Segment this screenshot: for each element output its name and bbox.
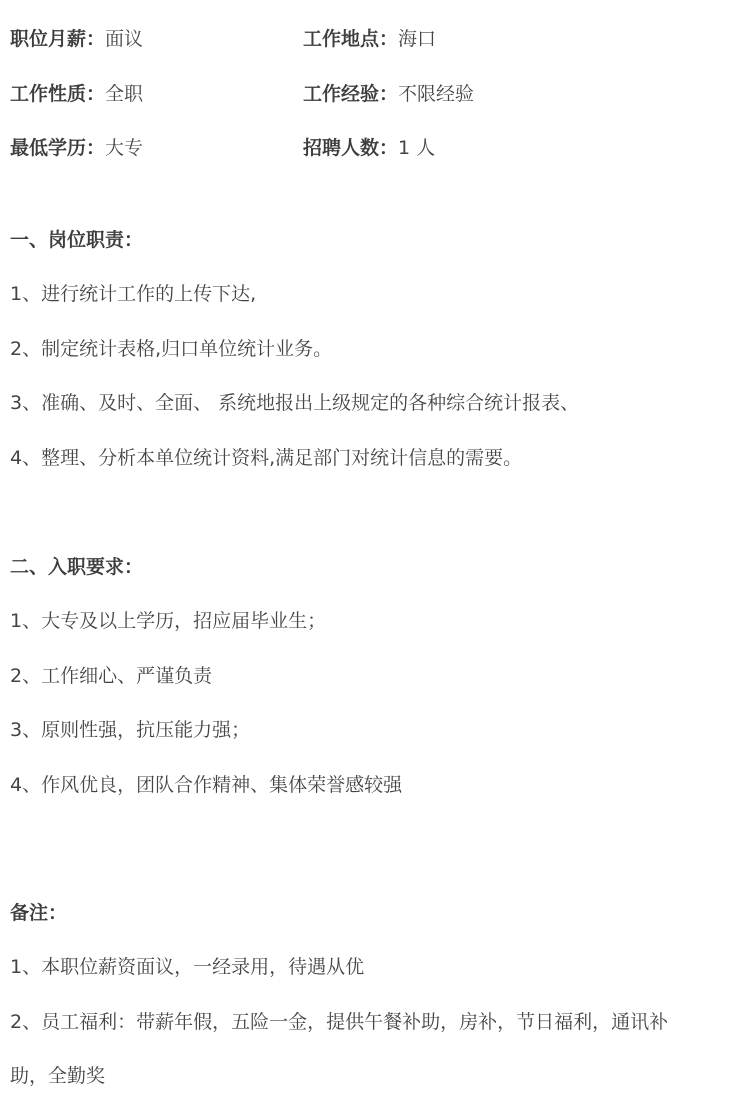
duties-heading: 一、岗位职责： (10, 225, 143, 255)
notes-heading: 备注： (10, 898, 67, 928)
requirement-item: 2、工作细心、严谨负责 (10, 661, 212, 691)
note-item: 2、员工福利：带薪年假，五险一金，提供午餐补助，房补，节日福利，通讯补 (10, 1007, 668, 1037)
info-headcount: 招聘人数：1 人 (303, 133, 435, 163)
requirement-item: 1、大专及以上学历，招应届毕业生； (10, 606, 326, 636)
info-experience: 工作经验：不限经验 (303, 79, 474, 109)
info-value: 面议 (105, 28, 143, 50)
info-value: 不限经验 (398, 83, 474, 105)
requirement-item: 3、原则性强，抗压能力强； (10, 715, 250, 745)
duty-item: 1、进行统计工作的上传下达, (10, 279, 256, 309)
info-value: 海口 (398, 28, 436, 50)
info-value: 大专 (105, 137, 143, 159)
info-education: 最低学历：大专 (10, 133, 143, 163)
requirements-heading: 二、入职要求： (10, 552, 143, 582)
note-item: 1、本职位薪资面议，一经录用，待遇从优 (10, 952, 364, 982)
info-location: 工作地点：海口 (303, 24, 436, 54)
duty-item: 2、制定统计表格,归口单位统计业务。 (10, 334, 332, 364)
info-label: 工作经验： (303, 83, 398, 105)
info-label: 工作地点： (303, 28, 398, 50)
info-label: 招聘人数： (303, 137, 398, 159)
note-item-continued: 助，全勤奖 (10, 1061, 105, 1091)
info-salary: 职位月薪：面议 (10, 24, 143, 54)
info-value: 全职 (105, 83, 143, 105)
duty-item: 4、整理、分析本单位统计资料,满足部门对统计信息的需要。 (10, 443, 522, 473)
info-value: 1 人 (398, 137, 435, 159)
info-label: 工作性质： (10, 83, 105, 105)
info-job-type: 工作性质：全职 (10, 79, 143, 109)
duty-item: 3、准确、及时、全面、 系统地报出上级规定的各种综合统计报表、 (10, 388, 579, 418)
info-label: 最低学历： (10, 137, 105, 159)
requirement-item: 4、作风优良，团队合作精神、集体荣誉感较强 (10, 770, 402, 800)
info-label: 职位月薪： (10, 28, 105, 50)
